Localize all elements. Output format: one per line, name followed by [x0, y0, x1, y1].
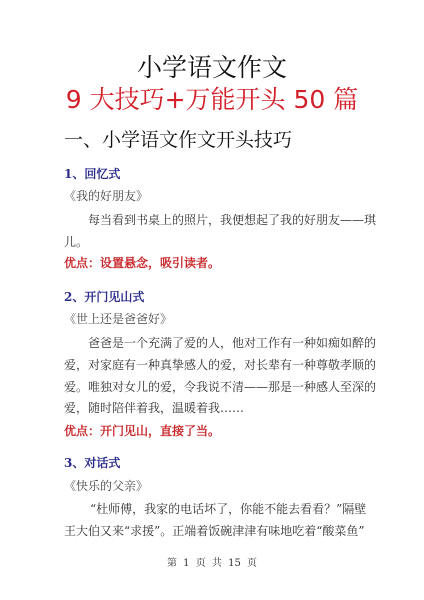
technique-heading: 1、回忆式 [64, 166, 120, 182]
example-title: 《快乐的父亲》 [64, 478, 148, 494]
paragraph-line: “杜师傅，我家的电话坏了，你能不能去看看？”隔壁 [90, 501, 366, 517]
paragraph-line: 儿。 [64, 234, 88, 250]
document-title: 小学语文作文 [0, 54, 424, 82]
paragraph-line: 爸爸是一个充满了爱的人，他对工作有一种如痴如醉的 [88, 335, 376, 351]
example-title: 《我的好朋友》 [64, 188, 148, 204]
technique-heading: 2、开门见山式 [64, 289, 144, 305]
merit-note: 优点：设置悬念，吸引读者。 [64, 255, 220, 271]
paragraph-line: 爱。唯独对女儿的爱，令我说不清——那是一种感人至深的 [64, 379, 376, 395]
paragraph-line: 爱，对家庭有一种真挚感人的爱，对长辈有一种尊敬孝顺的 [64, 357, 376, 373]
paragraph-line: 每当看到书桌上的照片，我便想起了我的好朋友——琪 [88, 212, 376, 228]
technique-heading: 3、对话式 [64, 455, 120, 471]
paragraph-line: 爱，随时陪伴着我，温暖着我…… [64, 400, 244, 416]
example-title: 《世上还是爸爸好》 [64, 311, 172, 327]
page-number-footer: 第 1 页 共 15 页 [0, 557, 424, 571]
section-heading: 一、小学语文作文开头技巧 [64, 128, 292, 152]
document-subtitle: 9 大技巧+万能开头 50 篇 [0, 86, 424, 114]
paragraph-line: 王大伯又来“求援”。正端着饭碗津津有味地吃着“酸菜鱼” [64, 523, 365, 539]
merit-note: 优点：开门见山，直接了当。 [64, 423, 220, 439]
